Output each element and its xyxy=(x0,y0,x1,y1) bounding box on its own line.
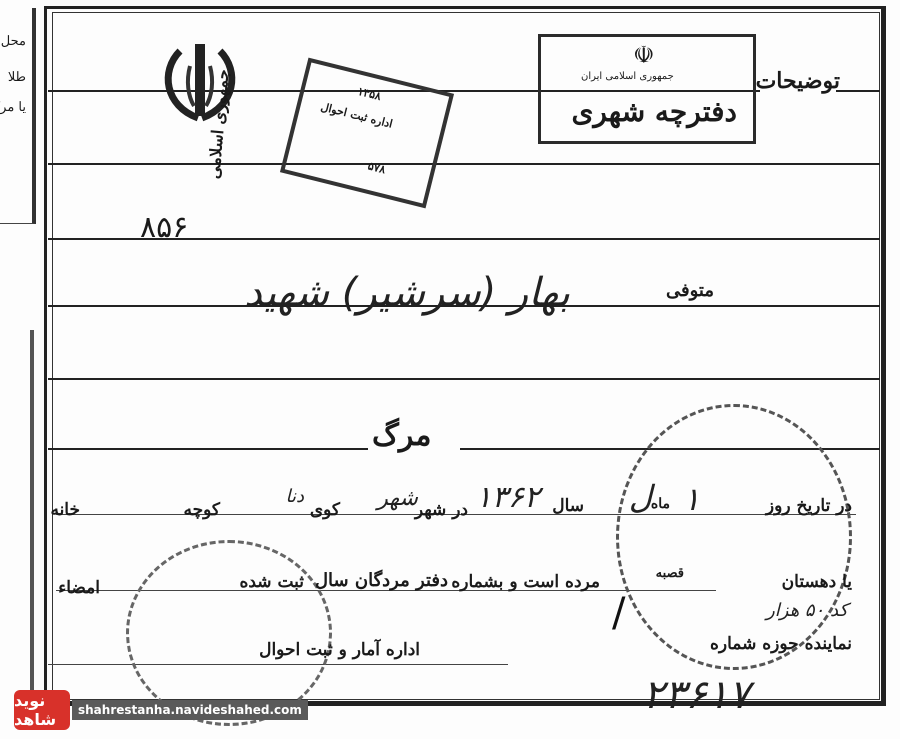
year-label: سال xyxy=(552,496,584,516)
watermark: نوید شاهد shahrestanha.navideshahed.com xyxy=(14,690,308,730)
stub-text-2: طلا xyxy=(8,70,26,85)
header-box: ☫ جمهوری اسلامی ایران دفترچه شهری xyxy=(538,34,756,144)
county-label: قصبه xyxy=(656,566,684,581)
emblem-icon: ☫ xyxy=(633,41,655,69)
stub-box: محل طلا یا مرک xyxy=(0,8,36,224)
deceased-number-label: مرده است و بشماره xyxy=(451,572,600,592)
round-stamp xyxy=(616,404,852,670)
stamp-text: اداره ثبت احوال xyxy=(319,100,393,130)
registered-label: ثبت شده xyxy=(239,572,304,592)
rule-line xyxy=(48,448,368,450)
province-label: یا دهستان xyxy=(782,572,852,592)
year-value: ۱۳۶۲ xyxy=(476,480,540,515)
office-label: اداره آمار و ثبت احوال xyxy=(259,640,420,660)
city-label: در شهر xyxy=(415,500,468,520)
navideshahed-logo: نوید شاهد xyxy=(14,690,70,730)
city-value: شهر xyxy=(377,486,418,511)
day-value: ۱ xyxy=(683,480,700,518)
stamp-text: ۵۷۸ xyxy=(367,159,387,176)
signature-label: امضاء xyxy=(58,578,100,598)
handwritten-mark: / xyxy=(612,590,625,636)
register-label: دفتر مردگان سال xyxy=(315,570,448,591)
deceased-label: متوفی xyxy=(666,280,714,301)
date-label: در تاریخ روز xyxy=(766,496,852,516)
section-title: مرگ xyxy=(372,418,431,453)
rule-line xyxy=(48,378,880,380)
stub-lower-border xyxy=(8,330,34,720)
district-value: دنا xyxy=(285,486,304,507)
amount-note: کد ۵۰ هزار xyxy=(766,600,848,621)
representative-label: نماینده حوزه شماره xyxy=(710,634,852,654)
street-label: کوچه xyxy=(184,500,221,520)
month-label: ماه xyxy=(651,496,670,512)
bottom-number: ۲۳۶۱۷ xyxy=(643,672,750,718)
rule-line xyxy=(48,163,880,165)
watermark-url[interactable]: shahrestanha.navideshahed.com xyxy=(72,700,308,720)
stamp-text: ۱۳۵۸ xyxy=(356,85,382,103)
deceased-name: بهار (سرشیر) شهید xyxy=(244,270,570,316)
house-label: خانه xyxy=(50,500,80,520)
header-caption: جمهوری اسلامی ایران xyxy=(581,71,674,82)
stub-text-3: یا مرک xyxy=(0,100,26,115)
notes-label: توضیحات xyxy=(756,68,840,94)
month-value: ل xyxy=(629,478,652,516)
district-label: کوی xyxy=(310,500,340,520)
rule-line xyxy=(836,90,880,92)
serial-number: ۸۵۶ xyxy=(140,210,188,245)
stub-text-1: محل xyxy=(1,34,26,49)
header-title: دفترچه شهری xyxy=(571,95,737,128)
left-stub: محل طلا یا مرک xyxy=(0,0,34,739)
